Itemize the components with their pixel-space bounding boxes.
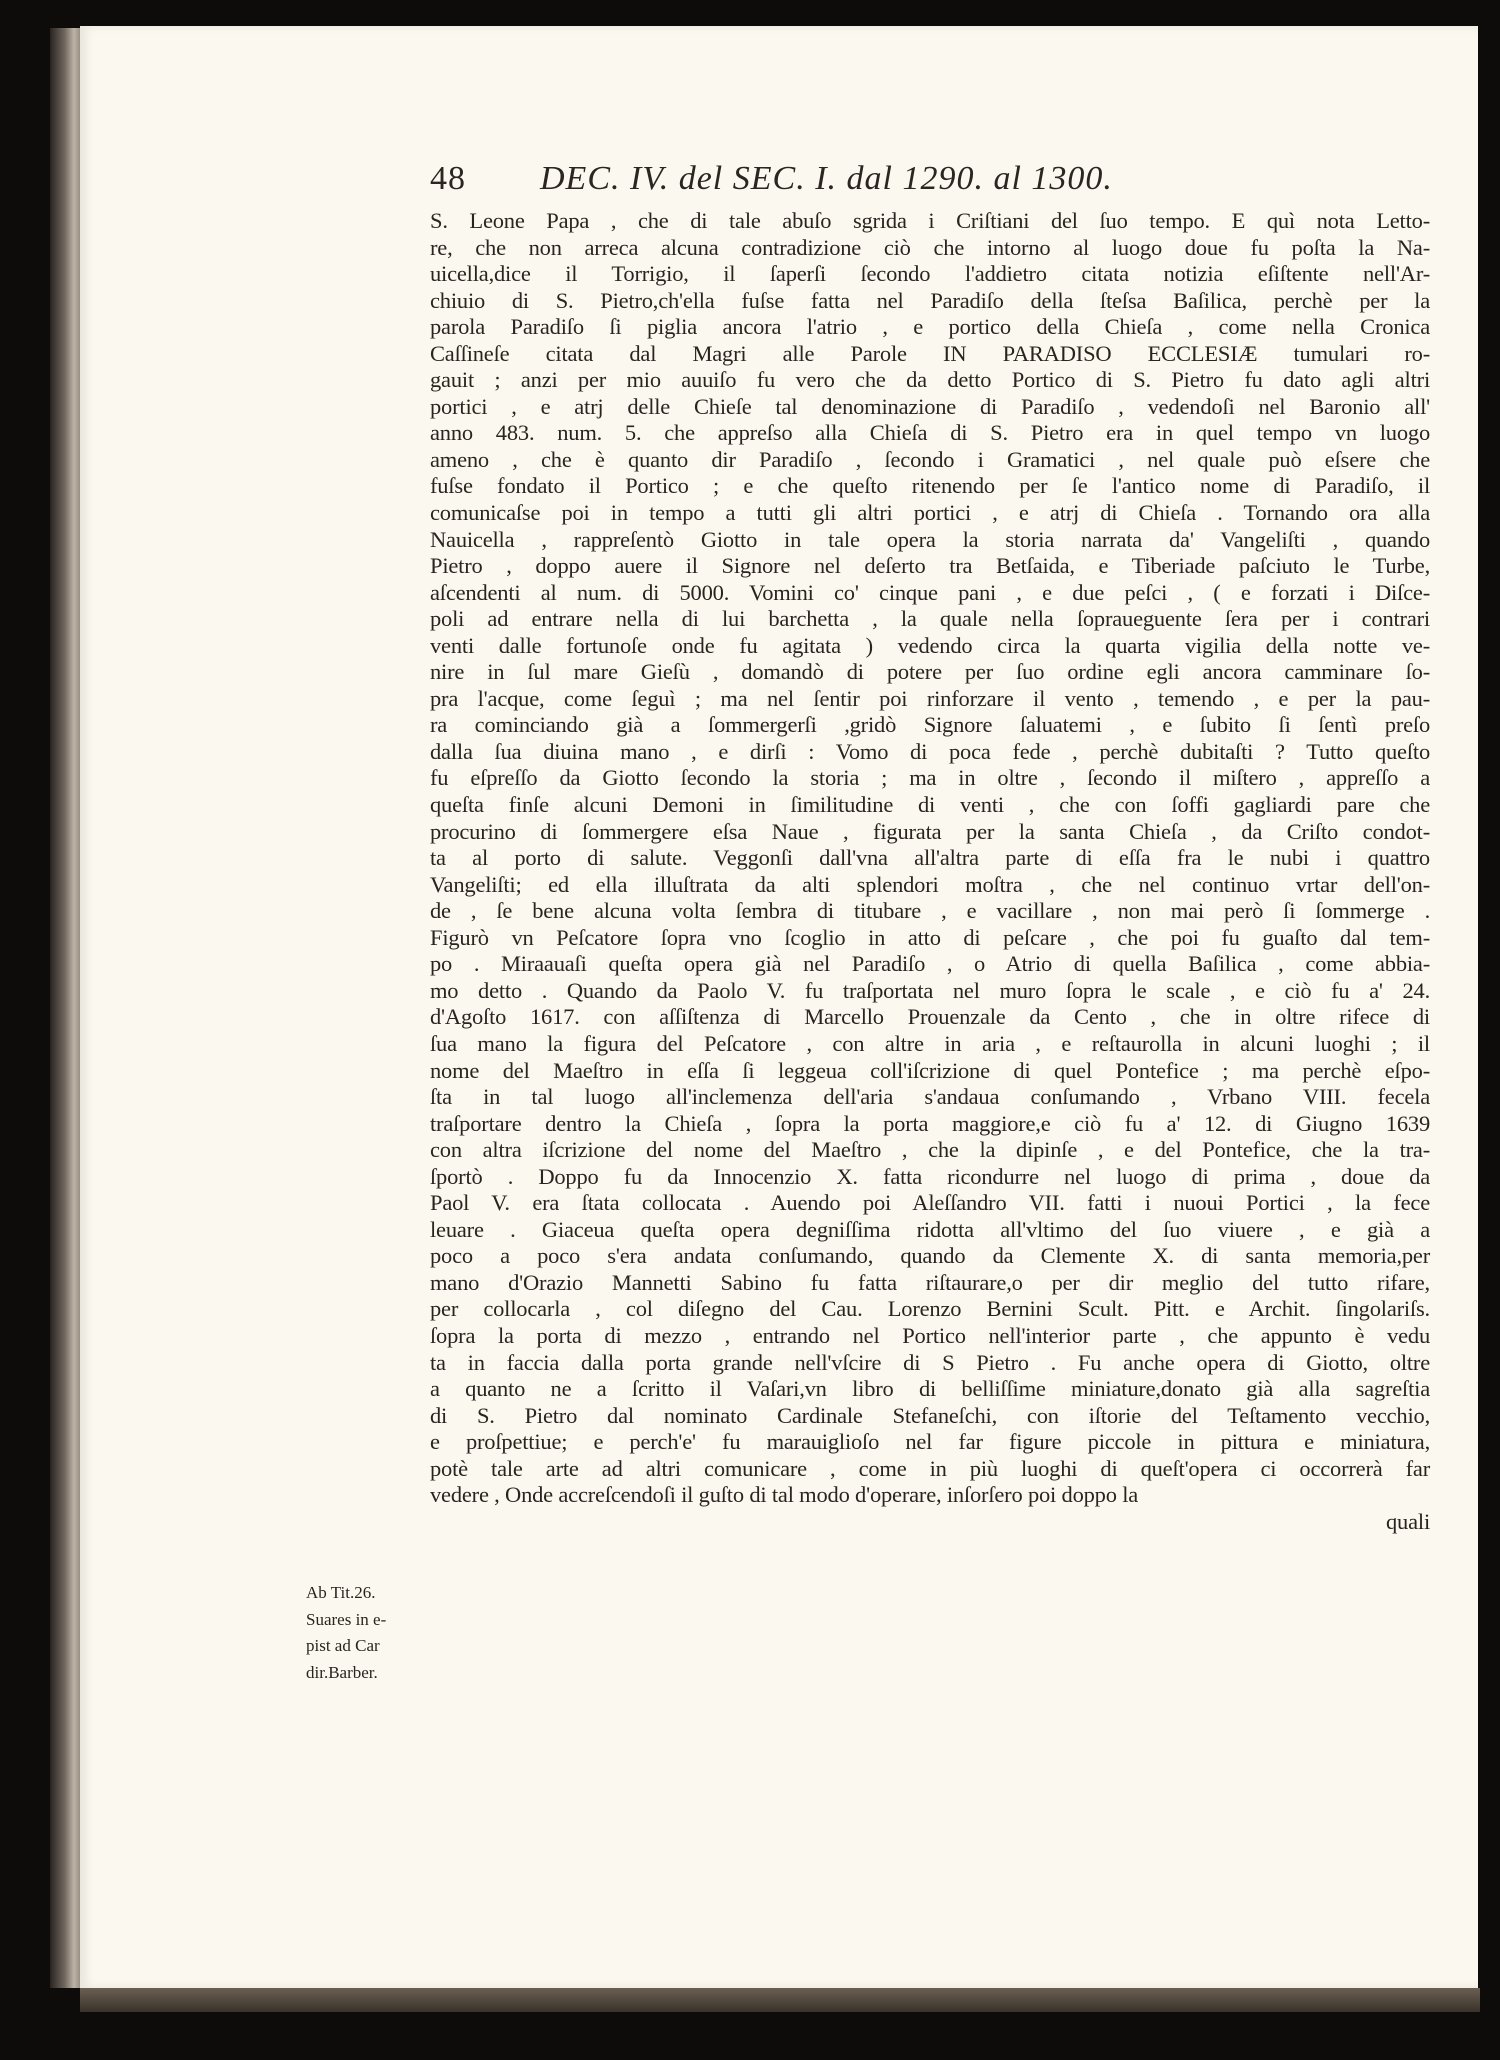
- text-line: aſcendenti al num. di 5000. Vomini co' c…: [430, 580, 1430, 607]
- text-line: poli ad entrare nella di lui barchetta ,…: [430, 606, 1430, 633]
- text-line: anno 483. num. 5. che appreſso alla Chie…: [430, 420, 1430, 447]
- text-line: re, che non arreca alcuna contradizione …: [430, 235, 1430, 262]
- text-line: per collocarla , col diſegno del Cau. Lo…: [430, 1296, 1430, 1323]
- text-line: ſopra la porta di mezzo , entrando nel P…: [430, 1323, 1430, 1350]
- text-line: di S. Pietro dal nominato Cardinale Stef…: [430, 1403, 1430, 1430]
- text-line: traſportare dentro la Chieſa , ſopra la …: [430, 1111, 1430, 1138]
- text-line: comunicaſse poi in tempo a tutti gli alt…: [430, 500, 1430, 527]
- scanned-book-page: 48 DEC. IV. del SEC. I. dal 1290. al 130…: [0, 0, 1500, 2060]
- text-line: potè tale arte ad altri comunicare , com…: [430, 1456, 1430, 1483]
- text-line: de , ſe bene alcuna volta ſembra di titu…: [430, 898, 1430, 925]
- margin-note: Ab Tit.26.Suares in e-pist ad Cardir.Bar…: [306, 1580, 432, 1686]
- page-gutter-edge: [50, 28, 82, 1988]
- text-line: nome del Maeſtro in eſſa ſi leggeua coll…: [430, 1058, 1430, 1085]
- text-line: pra l'acque, come ſeguì ; ma nel ſentir …: [430, 686, 1430, 713]
- margin-note-line: dir.Barber.: [306, 1660, 432, 1687]
- text-line: ſua mano la figura del Peſcatore , con a…: [430, 1031, 1430, 1058]
- text-line: ta al porto di salute. Veggonſi dall'vna…: [430, 845, 1430, 872]
- text-line: fu eſpreſſo da Giotto ſecondo la storia …: [430, 765, 1430, 792]
- text-line: Caſſineſe citata dal Magri alle Parole I…: [430, 341, 1430, 368]
- text-line: parola Paradiſo ſi piglia ancora l'atrio…: [430, 314, 1430, 341]
- text-line: gauit ; anzi per mio auuiſo fu vero che …: [430, 367, 1430, 394]
- text-line: Pietro , doppo auere il Signore nel deſe…: [430, 553, 1430, 580]
- text-line: ameno , che è quanto dir Paradiſo , ſeco…: [430, 447, 1430, 474]
- margin-note-line: pist ad Car: [306, 1633, 432, 1660]
- catchword: quali: [430, 1509, 1430, 1536]
- text-line: po . Miraauaſi queſta opera già nel Para…: [430, 951, 1430, 978]
- page-number: 48: [430, 160, 466, 198]
- text-line: ſta in tal luogo all'inclemenza dell'ari…: [430, 1084, 1430, 1111]
- margin-note-line: Suares in e-: [306, 1607, 432, 1634]
- text-line: chiuio di S. Pietro,ch'ella fuſse fatta …: [430, 288, 1430, 315]
- text-line: vedere , Onde accreſcendoſi il guſto di …: [430, 1482, 1430, 1509]
- running-head-title: DEC. IV. del SEC. I. dal 1290. al 1300.: [540, 160, 1113, 198]
- text-line: dalla ſua diuina mano , e dirſi : Vomo d…: [430, 739, 1430, 766]
- text-line: d'Agoſto 1617. con aſſiſtenza di Marcell…: [430, 1004, 1430, 1031]
- text-line: procurino di ſommergere eſsa Naue , figu…: [430, 819, 1430, 846]
- text-line: queſta finſe alcuni Demoni in ſimilitudi…: [430, 792, 1430, 819]
- text-line: e proſpettiue; e perch'e' fu marauiglioſ…: [430, 1429, 1430, 1456]
- text-line: leuare . Giaceua queſta opera degniſſima…: [430, 1217, 1430, 1244]
- text-line: Nauicella , rappreſentò Giotto in tale o…: [430, 527, 1430, 554]
- text-line: Paol V. era ſtata collocata . Auendo poi…: [430, 1190, 1430, 1217]
- text-line: ra cominciando già a ſommergerſi ,gridò …: [430, 712, 1430, 739]
- text-line: Vangeliſti; ed ella illuſtrata da alti s…: [430, 872, 1430, 899]
- text-line: ſportò . Doppo fu da Innocenzio X. fatta…: [430, 1164, 1430, 1191]
- margin-note-line: Ab Tit.26.: [306, 1580, 432, 1607]
- text-line: ta in faccia dalla porta grande nell'vſc…: [430, 1350, 1430, 1377]
- text-line: S. Leone Papa , che di tale abuſo sgrida…: [430, 208, 1430, 235]
- text-line: poco a poco s'era andata conſumando, qua…: [430, 1243, 1430, 1270]
- text-line: con altra iſcrizione del nome del Maeſtr…: [430, 1137, 1430, 1164]
- text-line: uicella,dice il Torrigio, il ſaperſi ſec…: [430, 261, 1430, 288]
- text-line: Figurò vn Peſcatore ſopra vno ſcoglio in…: [430, 925, 1430, 952]
- text-line: a quanto ne a ſcritto il Vaſari,vn libro…: [430, 1376, 1430, 1403]
- text-line: fuſse fondato il Portico ; e che queſto …: [430, 473, 1430, 500]
- page-bottom-edge: [80, 1988, 1480, 2012]
- text-line: mano d'Orazio Mannetti Sabino fu fatta r…: [430, 1270, 1430, 1297]
- text-line: mo detto . Quando da Paolo V. fu traſpor…: [430, 978, 1430, 1005]
- body-text: S. Leone Papa , che di tale abuſo sgrida…: [430, 208, 1430, 1535]
- running-head: 48 DEC. IV. del SEC. I. dal 1290. al 130…: [430, 160, 1430, 200]
- text-line: portici , e atrj delle Chieſe tal denomi…: [430, 394, 1430, 421]
- text-line: venti dalle fortunoſe onde fu agitata ) …: [430, 633, 1430, 660]
- text-line: nire in ſul mare Gieſù , domandò di pote…: [430, 659, 1430, 686]
